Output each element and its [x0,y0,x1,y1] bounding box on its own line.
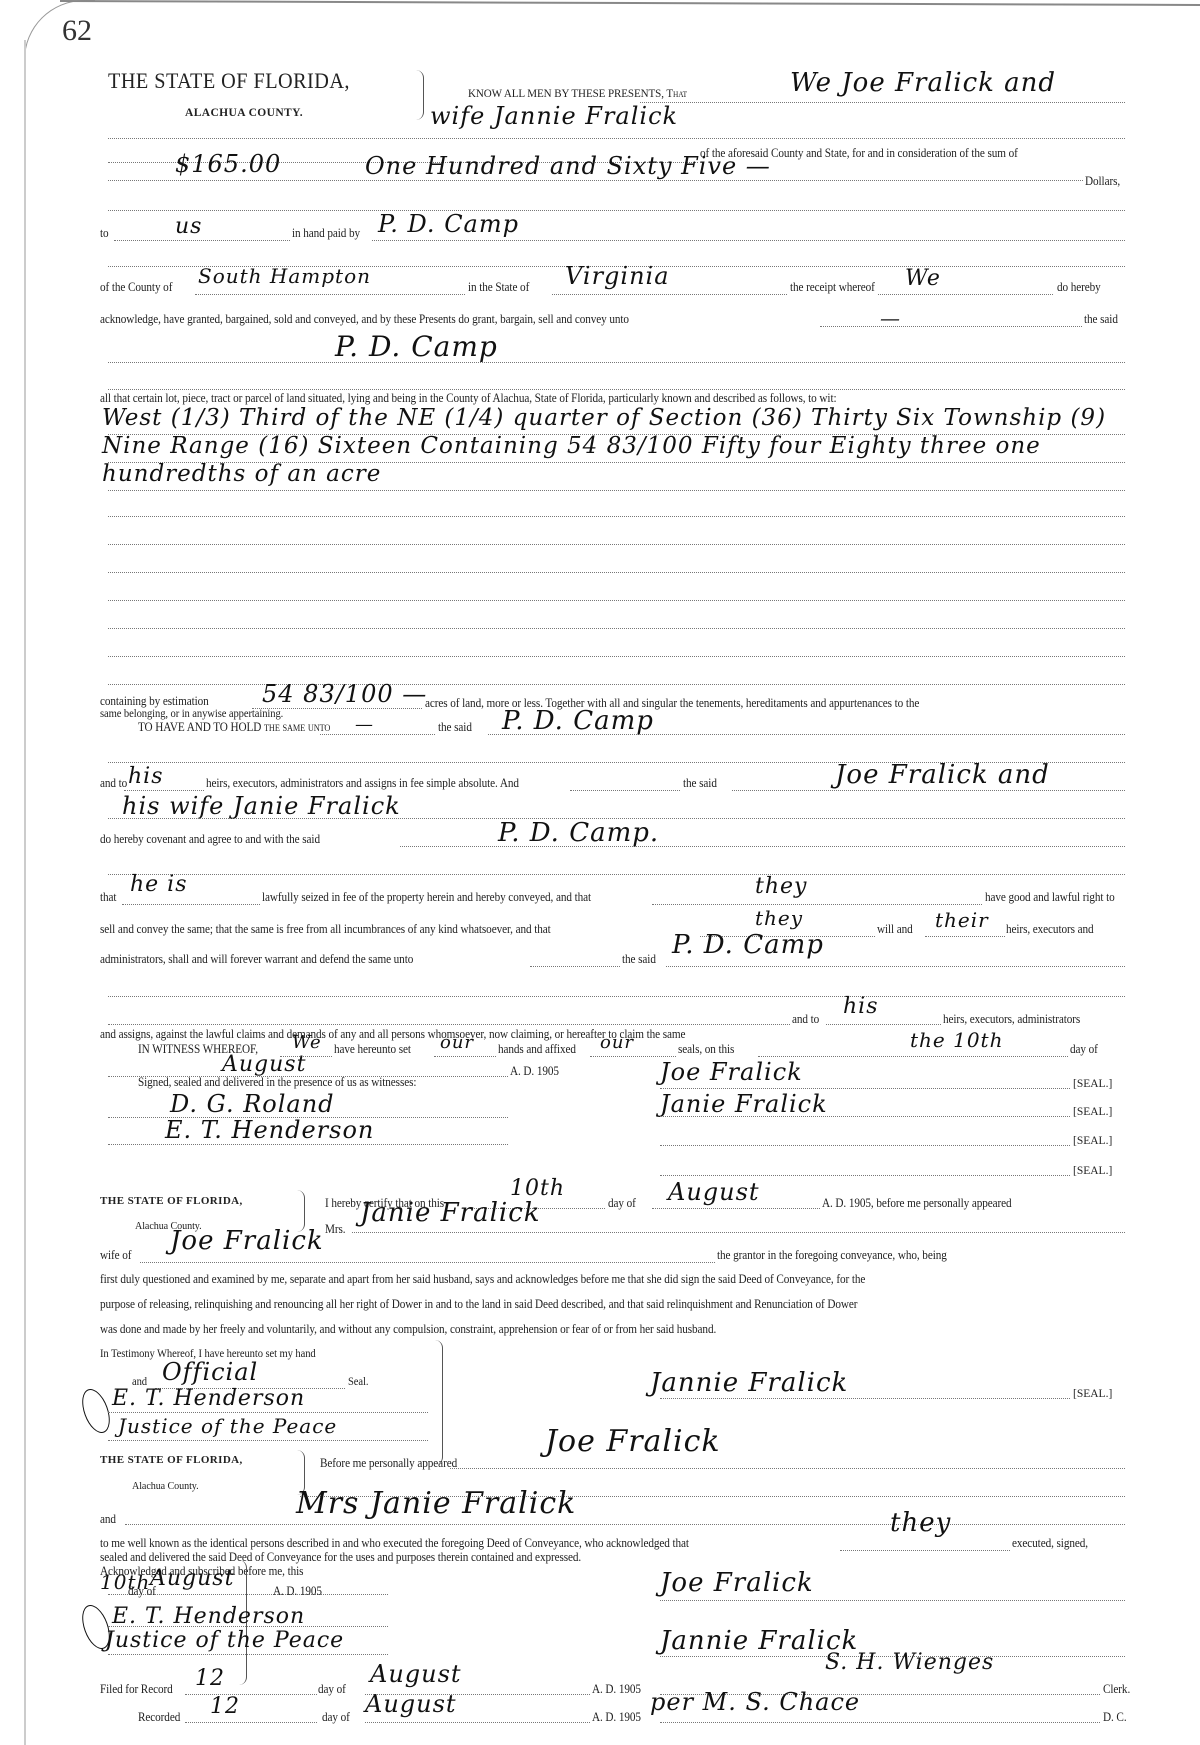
receipt-value: We [905,266,941,291]
officer-title: Justice of the Peace [118,1414,337,1438]
will-and: will and [877,922,913,937]
dollars-label: Dollars, [1085,174,1120,189]
sell-text: sell and convey the same; that the same … [100,922,551,937]
to-value: us [175,214,202,239]
day-of: day of [322,1710,350,1725]
our-1: our [440,1032,474,1053]
field-line [108,996,1125,997]
field-line [108,628,1125,629]
ack-they: they [890,1508,951,1538]
unto-value: — [880,306,901,330]
field-line [640,102,1125,103]
witness-who: We [292,1032,322,1053]
ack-signature-1: Joe Fralick [660,1568,814,1598]
field-line [660,1088,1070,1089]
field-line [365,1722,590,1723]
page-border-left [24,40,26,1745]
their: their [935,908,989,932]
field-line [140,1262,715,1263]
field-line [108,389,1125,390]
and-label-2: and [100,1512,116,1527]
assigns-text: and assigns, against the lawful claims a… [100,1027,685,1042]
recorded-day: 12 [210,1694,240,1719]
the-said: the said [622,952,656,967]
acknowledge-text: acknowledge, have granted, bargained, so… [100,312,629,327]
mrs-label: Mrs. [325,1222,346,1237]
acreage-label: containing by estimation [100,694,209,709]
field-line [570,790,680,791]
know-all-text: KNOW ALL MEN BY THESE PRESENTS, That [468,86,687,101]
dower-ad: A. D. 1905, before me personally appeare… [822,1196,1012,1211]
habendum-said-value: P. D. Camp [502,706,654,736]
signed-text: Signed, sealed and delivered in the pres… [138,1075,416,1090]
the-said: the said [438,720,472,735]
state-title: THE STATE OF FLORIDA, [108,68,350,94]
amount-words: One Hundred and Sixty Five — [365,152,771,180]
field-line [530,966,620,967]
field-line [660,1175,1070,1176]
grantor-value-1: Joe Fralick and [835,760,1050,790]
executed-text: executed, signed, [1012,1536,1088,1551]
witness-2: E. T. Henderson [165,1116,374,1144]
dower-signature: Jannie Fralick [650,1368,848,1398]
field-line [925,936,1005,937]
field-line [660,1145,1070,1146]
official: Official [162,1358,258,1386]
field-line [320,734,435,735]
clerk-label: Clerk. [1103,1682,1130,1697]
field-line [660,1116,1070,1117]
field-line [552,294,787,295]
field-line [434,1056,496,1057]
wife-of: wife of [100,1248,131,1263]
field-line [652,904,982,905]
description-line-2: Nine Range (16) Sixteen Containing 54 83… [102,433,1041,459]
clerk-name: S. H. Wienges [825,1650,994,1675]
field-line [114,240,290,241]
acreage-value: 54 83/100 — [262,680,427,708]
witness-ad: A. D. 1905 [510,1064,559,1079]
field-line [185,1722,317,1723]
grantor-value-2: his wife Janie Fralick [122,792,401,820]
seized-text: lawfully seized in fee of the property h… [262,890,591,905]
grantors-line1: We Joe Fralick and [790,68,1056,98]
ack-month: August [150,1566,234,1591]
amount-figures: $165.00 [175,150,281,178]
witness-1: D. G. Roland [170,1090,335,1118]
the-said: the said [1084,312,1118,327]
habendum-unto: — [355,714,374,735]
description-line-3: hundredths of an acre [102,461,381,487]
ack-state: THE STATE OF FLORIDA, [100,1454,243,1466]
day-of: day of [318,1682,346,1697]
the-said: the said [683,776,717,791]
field-line [195,294,465,295]
filed-month: August [370,1660,462,1688]
mrs-value: Janie Fralick [360,1198,541,1228]
field-line [108,1654,388,1655]
county-value: South Hampton [198,264,371,288]
heirs-text: heirs, executors, administrators and ass… [206,776,519,791]
field-line [590,1056,676,1057]
field-line [108,516,1125,517]
ack-county: Alachua County. [132,1480,199,1492]
field-line [758,1056,1068,1057]
and-to-label: and to [100,776,127,791]
field-line [122,904,260,905]
acreage-rest2: same belonging, or in anywise appertaini… [100,708,283,720]
field-line [125,1524,1125,1525]
field-line [878,294,1053,295]
ack-name-1: Joe Fralick [545,1424,721,1459]
covenant-label: do hereby covenant and agree to and with… [100,832,320,847]
field-line [652,1208,820,1209]
field-line [660,1398,1070,1399]
filed-label: Filed for Record [100,1682,173,1697]
brace [415,70,424,120]
field-line [108,490,1125,491]
do-hereby: do hereby [1057,280,1101,295]
seal-stamp [77,1385,115,1436]
field-line [826,1024,941,1025]
dower-seal-tag: [SEAL.] [1073,1388,1112,1400]
state-of-label: in the State of [468,280,529,295]
habendum-label: TO HAVE AND TO HOLD the same unto [138,720,330,735]
that-value: he is [130,872,188,897]
field-line [124,790,204,791]
sealed-text: sealed and delivered the said Deed of Co… [100,1550,581,1565]
heirs-exec: heirs, executors and [1006,922,1094,937]
grantee-name: P. D. Camp [335,330,498,363]
acreage-rest: acres of land, more or less. Together wi… [425,696,919,711]
field-line [666,966,1125,967]
ack-officer-title: Justice of the Peace [105,1628,344,1653]
field-line [372,240,1125,241]
husband-name: Joe Fralick [170,1226,324,1256]
before-label: Before me personally appeared [320,1456,457,1471]
field-line [108,572,1125,573]
page-border-top [60,0,1200,6]
right-text: have good and lawful right to [985,890,1115,905]
receipt-label: the receipt whereof [790,280,875,295]
our-2: our [600,1032,634,1053]
day-of: day of [1070,1042,1098,1057]
field-line [108,656,1125,657]
filed-ad: A. D. 1905 [592,1682,641,1697]
field-line [108,600,1125,601]
county-title: ALACHUA COUNTY. [185,107,303,119]
that-label: that [100,890,116,905]
and-to-value: his [128,764,164,789]
dower-state: THE STATE OF FLORIDA, [100,1195,243,1207]
dc-name: per M. S. Chace [650,1688,860,1716]
recorded-ad: A. D. 1905 [592,1710,641,1725]
field-line [108,1144,508,1145]
field-line [450,1468,1125,1469]
field-line [108,1412,428,1413]
page-number: 62 [62,14,92,48]
ack-name-2: Mrs Janie Fralick [296,1486,576,1521]
field-line [185,1694,317,1695]
field-line [108,1024,790,1025]
seal-tag-3: [SEAL.] [1073,1135,1112,1147]
seal-tag-4: [SEAL.] [1073,1165,1112,1177]
seal-label: Seal. [348,1376,368,1388]
field-line [840,1550,1010,1551]
signature-1: Joe Fralick [660,1058,803,1086]
dc-label: D. C. [1103,1710,1127,1725]
description-intro: all that certain lot, piece, tract or pa… [100,391,836,406]
field-line [108,180,1083,181]
brace [434,1340,443,1465]
field-line [352,1232,1125,1233]
description-line-1: West (1/3) Third of the NE (1/4) quarter… [102,405,1106,431]
witness-month: August [222,1052,306,1077]
signature-2: Janie Fralick [660,1090,828,1118]
field-line [108,684,1125,685]
field-line [108,210,1125,211]
have-set: have hereunto set [334,1042,411,1057]
and-to-label-2: and to [792,1012,819,1027]
field-line [732,790,1125,791]
grantors-line2: wife Jannie Fralick [430,102,678,130]
seal-tag-1: [SEAL.] [1073,1078,1112,1090]
county-of-label: of the County of [100,280,172,295]
seal-tag-2: [SEAL.] [1073,1106,1112,1118]
field-line [660,1722,1100,1723]
his-value: his [843,994,879,1019]
officer-name: E. T. Henderson [112,1386,305,1411]
field-line [660,1600,1125,1601]
hand-affixed: hands and affixed [498,1042,576,1057]
to-label: to [100,226,109,241]
paid-by-value: P. D. Camp [378,210,519,238]
heirs-admin: heirs, executors, administrators [943,1012,1080,1027]
known-text: to me well known as the identical person… [100,1536,689,1551]
paid-by-label: in hand paid by [292,226,360,241]
seals-on-this: seals, on this [678,1042,734,1057]
recorded-month: August [365,1690,457,1718]
dower-para-2: purpose of releasing, relinquishing and … [100,1297,857,1312]
field-line [108,874,1125,875]
recorded-label: Recorded [138,1710,180,1725]
field-line [108,1626,388,1627]
field-line [108,544,1125,545]
witness-day: the 10th [910,1028,1003,1052]
day-of: day of [608,1196,636,1211]
they-2: they [755,906,803,930]
field-line [108,362,1125,363]
dower-para-3: was done and made by her freely and volu… [100,1322,716,1337]
they-1: they [755,874,807,899]
deed-page: 62 THE STATE OF FLORIDA, ALACHUA COUNTY.… [0,0,1200,1745]
field-line [820,326,1082,327]
state-value: Virginia [565,262,670,290]
covenant-value: P. D. Camp. [498,818,659,848]
dower-para-1: first duly questioned and examined by me… [100,1272,865,1287]
field-line [108,1440,428,1441]
grantor-text: the grantor in the foregoing conveyance,… [717,1248,947,1263]
admin-text: administrators, shall and will forever w… [100,952,413,967]
filed-day: 12 [195,1666,225,1691]
warranty-said-value: P. D. Camp [672,930,824,960]
field-line [108,138,1125,139]
ack-ad: A. D. 1905 [273,1584,322,1599]
dower-month: August [668,1178,760,1206]
